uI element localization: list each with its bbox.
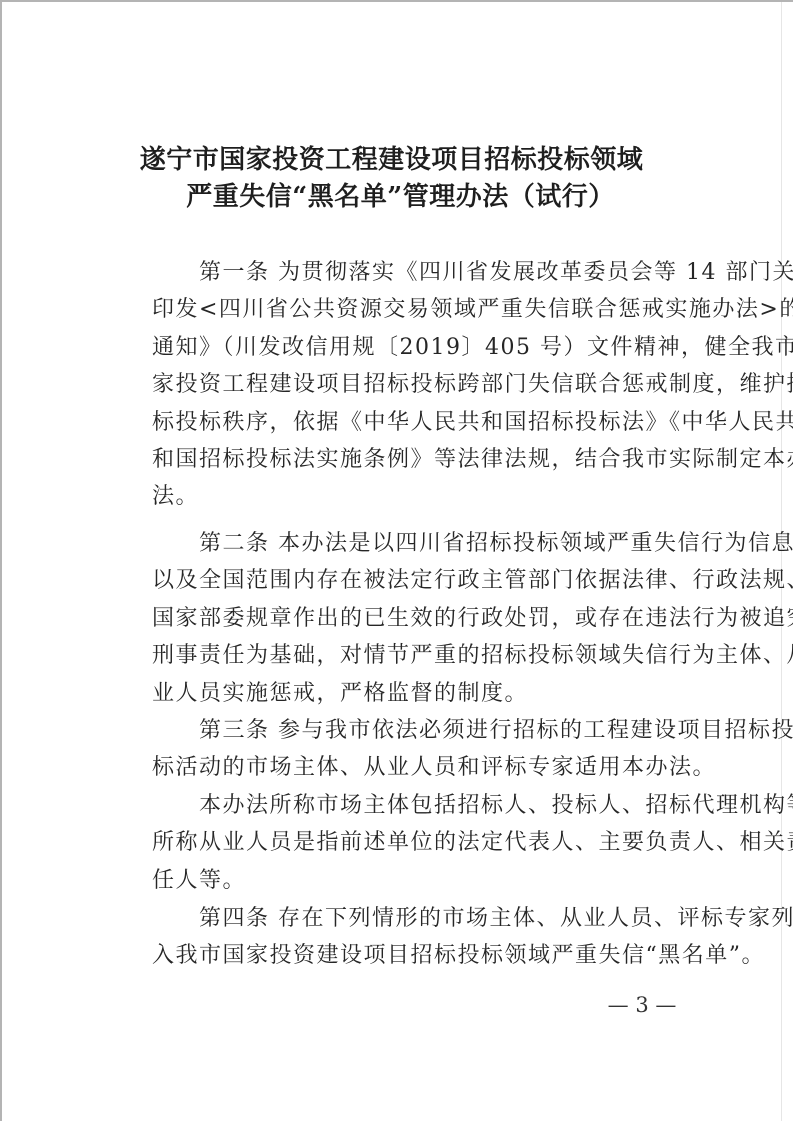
document-page: 遂宁市国家投资工程建设项目招标投标领域 严重失信“黑名单”管理办法（试行） 第一… — [0, 0, 793, 1121]
document-title: 遂宁市国家投资工程建设项目招标投标领域 严重失信“黑名单”管理办法（试行） — [2, 142, 793, 216]
article-1-line: 印发<四川省公共资源交易领域严重失信联合惩戒实施办法>的 — [105, 291, 695, 328]
article-3-line: 第三条 参与我市依法必须进行招标的工程建设项目招标投 — [105, 712, 695, 749]
article-3-supplement-line: 任人等。 — [105, 862, 695, 899]
article-1-line: 第一条 为贯彻落实《四川省发展改革委员会等 14 部门关于 — [105, 254, 695, 291]
article-1-line: 和国招标投标法实施条例》等法律法规，结合我市实际制定本办 — [105, 441, 695, 478]
article-2-line: 第二条 本办法是以四川省招标投标领域严重失信行为信息， — [105, 525, 695, 562]
article-1-line: 家投资工程建设项目招标投标跨部门失信联合惩戒制度，维护招 — [105, 366, 695, 403]
article-2-line: 业人员实施惩戒，严格监督的制度。 — [105, 675, 695, 712]
article-3-supplement-paragraph: 本办法所称市场主体包括招标人、投标人、招标代理机构等； 所称从业人员是指前述单位… — [105, 787, 695, 899]
title-line-1: 遂宁市国家投资工程建设项目招标投标领域 — [0, 142, 793, 179]
article-3-line: 标活动的市场主体、从业人员和评标专家适用本办法。 — [105, 749, 695, 786]
article-1-line: 通知》（川发改信用规〔2019〕405 号）文件精神，健全我市国 — [105, 329, 695, 366]
article-2-line: 刑事责任为基础，对情节严重的招标投标领域失信行为主体、从 — [105, 637, 695, 674]
article-2-paragraph: 第二条 本办法是以四川省招标投标领域严重失信行为信息， 以及全国范围内存在被法定… — [105, 525, 695, 712]
article-4-paragraph: 第四条 存在下列情形的市场主体、从业人员、评标专家列 入我市国家投资建设项目招标… — [105, 900, 695, 975]
page-number: — 3 — — [602, 990, 682, 1020]
article-2-line: 以及全国范围内存在被法定行政主管部门依据法律、行政法规、 — [105, 562, 695, 599]
article-1-paragraph: 第一条 为贯彻落实《四川省发展改革委员会等 14 部门关于 印发<四川省公共资源… — [105, 254, 695, 516]
article-4-line: 入我市国家投资建设项目招标投标领域严重失信“黑名单”。 — [105, 937, 695, 974]
article-2-line: 国家部委规章作出的已生效的行政处罚，或存在违法行为被追究 — [105, 600, 695, 637]
article-1-line: 标投标秩序，依据《中华人民共和国招标投标法》《中华人民共 — [105, 404, 695, 441]
article-3-supplement-line: 所称从业人员是指前述单位的法定代表人、主要负责人、相关责 — [105, 824, 695, 861]
article-4-line: 第四条 存在下列情形的市场主体、从业人员、评标专家列 — [105, 900, 695, 937]
article-3-supplement-line: 本办法所称市场主体包括招标人、投标人、招标代理机构等； — [105, 787, 695, 824]
article-3-paragraph: 第三条 参与我市依法必须进行招标的工程建设项目招标投 标活动的市场主体、从业人员… — [105, 712, 695, 787]
title-line-2: 严重失信“黑名单”管理办法（试行） — [6, 179, 793, 216]
article-1-line: 法。 — [105, 478, 695, 515]
